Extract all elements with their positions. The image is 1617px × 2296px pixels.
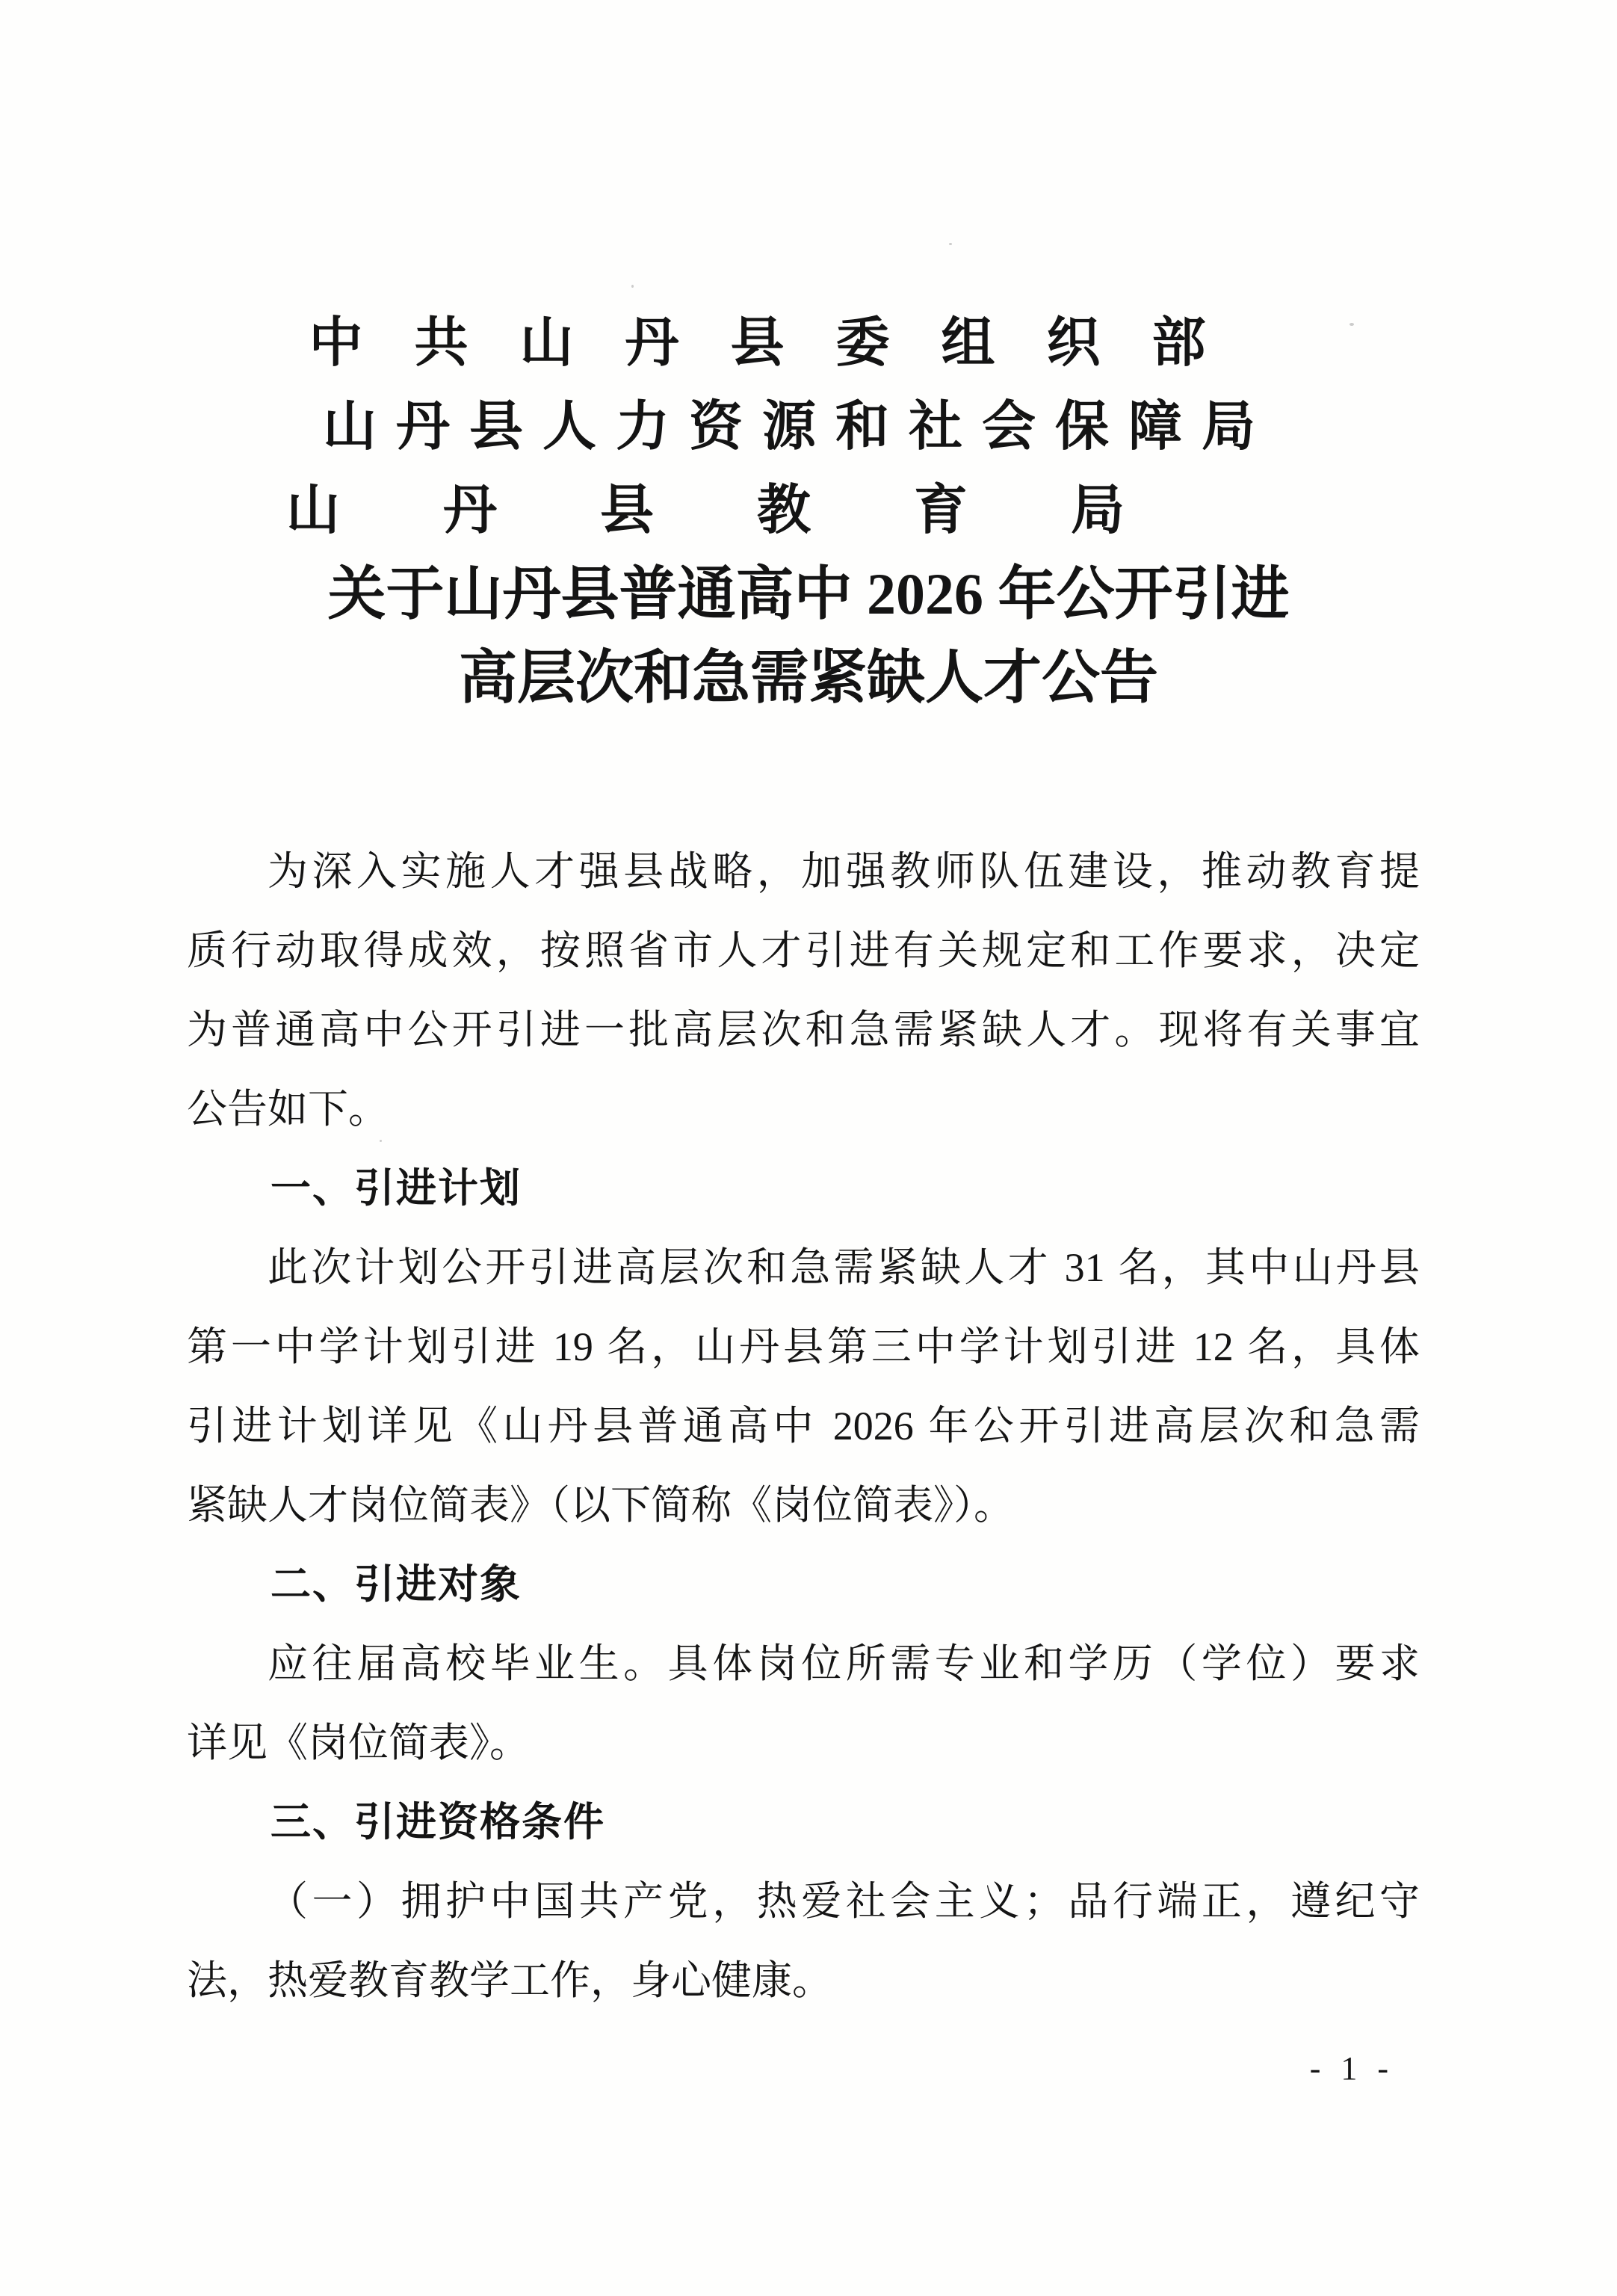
body-line: 此次计划公开引进高层次和急需紧缺人才 31 名，其中山丹县 (187, 1228, 1420, 1307)
body-line: （一）拥护中国共产党，热爱社会主义；品行端正，遵纪守 (187, 1862, 1420, 1941)
body-line: 为深入实施人才强县战略，加强教师队伍建设，推动教育提 (187, 832, 1420, 911)
scan-speck (631, 285, 634, 288)
issuing-org-line-1: 中共山丹县委组织部 (305, 301, 1261, 385)
body-line: 法，热爱教育教学工作，身心健康。 (187, 1941, 1420, 2020)
announcement-title-line-2: 高层次和急需紧缺人才公告 (173, 636, 1444, 720)
section-heading-1: 一、引进计划 (187, 1149, 1420, 1228)
section-heading-2: 二、引进对象 (187, 1545, 1420, 1624)
announcement-title-line-1: 关于山丹县普通高中 2026 年公开引进 (173, 552, 1444, 636)
issuing-org-line-2: 山丹县人力资源和社会保障局 (321, 385, 1277, 469)
document-body: 为深入实施人才强县战略，加强教师队伍建设，推动教育提 质行动取得成效，按照省市人… (187, 832, 1420, 2020)
issuing-org-line-3: 山丹县教育局 (279, 469, 1235, 552)
scan-speck (949, 243, 952, 245)
scan-speck (380, 1140, 382, 1142)
body-line: 为普通高中公开引进一批高层次和急需紧缺人才。现将有关事宜 (187, 990, 1420, 1070)
section-heading-3: 三、引进资格条件 (187, 1783, 1420, 1862)
body-line: 详见《岗位简表》。 (187, 1703, 1420, 1783)
letterhead: 中共山丹县委组织部 山丹县人力资源和社会保障局 山丹县教育局 关于山丹县普通高中… (0, 0, 1617, 720)
page-number: - 1 - (1310, 2049, 1394, 2087)
body-line: 紧缺人才岗位简表》（以下简称《岗位简表》）。 (187, 1466, 1420, 1545)
body-line: 应往届高校毕业生。具体岗位所需专业和学历（学位）要求 (187, 1624, 1420, 1703)
body-line: 第一中学计划引进 19 名，山丹县第三中学计划引进 12 名，具体 (187, 1307, 1420, 1386)
body-line: 质行动取得成效，按照省市人才引进有关规定和工作要求，决定 (187, 911, 1420, 990)
body-line: 引进计划详见《山丹县普通高中 2026 年公开引进高层次和急需 (187, 1386, 1420, 1466)
document-page: 中共山丹县委组织部 山丹县人力资源和社会保障局 山丹县教育局 关于山丹县普通高中… (0, 0, 1617, 2296)
scan-speck (1349, 323, 1354, 326)
body-line: 公告如下。 (187, 1070, 1420, 1149)
